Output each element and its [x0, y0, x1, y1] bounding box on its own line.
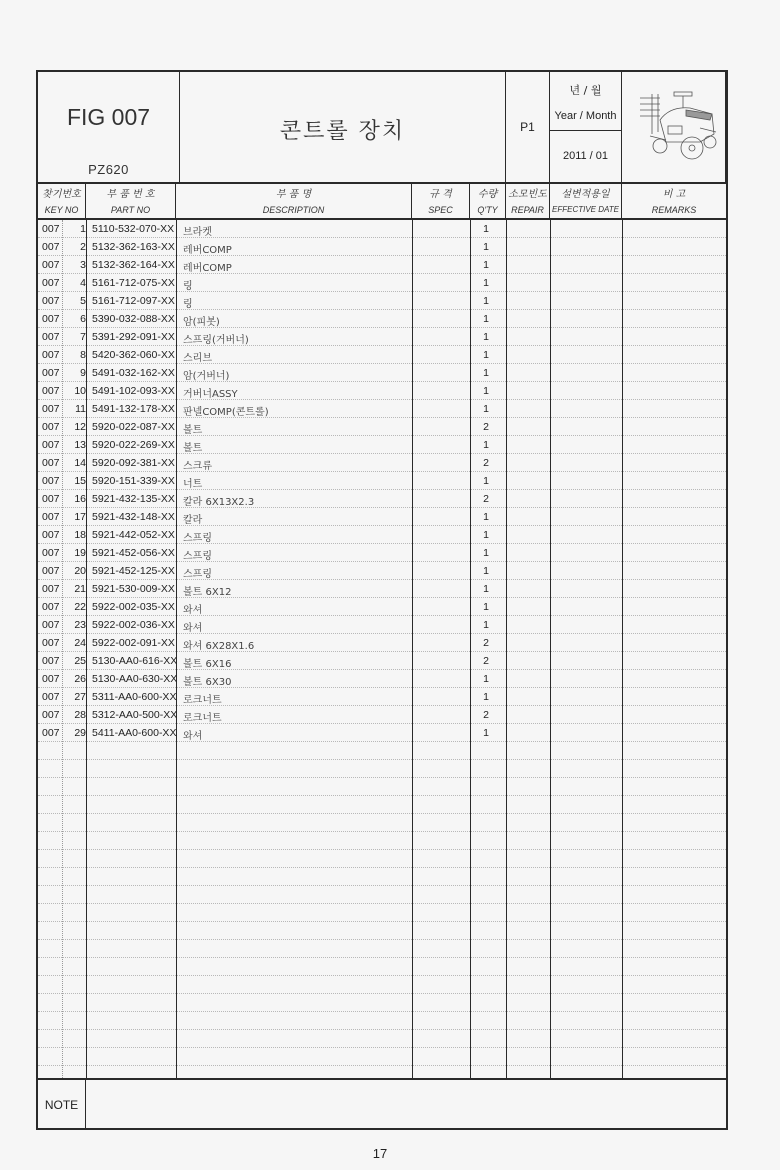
quantity: 2 [470, 655, 502, 667]
page-id: P1 [506, 120, 549, 134]
key-number: 8 [66, 349, 86, 361]
part-number: 5921-442-052-XX [92, 529, 175, 541]
part-number: 5921-432-148-XX [92, 511, 175, 523]
part-description: 볼트 6X30 [183, 673, 231, 688]
column-header-spec: 규 격SPEC [412, 182, 470, 218]
part-description: 브라켓 [183, 223, 212, 238]
column-header-remarks: 비 고REMARKS [622, 182, 726, 218]
fig-code: 007 [42, 655, 66, 667]
fig-code: 007 [42, 727, 66, 739]
fig-code: 007 [42, 331, 66, 343]
part-description: 볼트 [183, 439, 202, 454]
quantity: 1 [470, 259, 502, 271]
quantity: 1 [470, 403, 502, 415]
table-row: 007165921-432-135-XX칼라 6X13X2.32 [38, 490, 726, 508]
fig-code: 007 [42, 241, 66, 253]
key-number: 11 [66, 403, 86, 415]
quantity: 1 [470, 727, 502, 739]
fig-code: 007 [42, 475, 66, 487]
fig-code: 007 [42, 367, 66, 379]
empty-table-row [38, 994, 726, 1012]
part-number: 5922-002-035-XX [92, 601, 175, 613]
table-row: 007285312-AA0-500-XX로크너트2 [38, 706, 726, 724]
quantity: 1 [470, 295, 502, 307]
part-number: 5130-AA0-616-XX [92, 655, 177, 667]
part-number: 5491-102-093-XX [92, 385, 175, 397]
part-description: 와셔 [183, 619, 202, 634]
fig-code: 007 [42, 277, 66, 289]
empty-table-row [38, 778, 726, 796]
quantity: 1 [470, 313, 502, 325]
table-row: 007125920-022-087-XX볼트2 [38, 418, 726, 436]
quantity: 2 [470, 457, 502, 469]
key-number: 12 [66, 421, 86, 433]
note-section: NOTE [38, 1078, 726, 1130]
column-header-description: 부 품 명DESCRIPTION [176, 182, 412, 218]
machine-illustration-icon [630, 84, 720, 170]
empty-table-row [38, 1030, 726, 1048]
fig-code: 007 [42, 403, 66, 415]
empty-table-row [38, 976, 726, 994]
table-row: 007155920-151-339-XX너트1 [38, 472, 726, 490]
key-number: 24 [66, 637, 86, 649]
sheet-header: FIG 007 PZ620 콘트롤 장치 P1 년 / 월 Year / Mon… [38, 72, 726, 184]
quantity: 1 [470, 547, 502, 559]
fig-code: 007 [42, 259, 66, 271]
table-row: 00725132-362-163-XX레버COMP1 [38, 238, 726, 256]
table-row: 007135920-022-269-XX볼트1 [38, 436, 726, 454]
key-number: 7 [66, 331, 86, 343]
part-number: 5391-292-091-XX [92, 331, 175, 343]
key-number: 2 [66, 241, 86, 253]
table-row: 00735132-362-164-XX레버COMP1 [38, 256, 726, 274]
figure-number: FIG 007 [38, 104, 179, 131]
column-header-part-no: 부 품 번 호PART NO [86, 182, 176, 218]
quantity: 1 [470, 241, 502, 253]
key-number: 25 [66, 655, 86, 667]
quantity: 2 [470, 421, 502, 433]
table-row: 007175921-432-148-XX칼라1 [38, 508, 726, 526]
figure-cell: FIG 007 PZ620 [38, 72, 180, 182]
empty-table-row [38, 940, 726, 958]
table-row: 007265130-AA0-630-XX볼트 6X301 [38, 670, 726, 688]
part-description: 로크너트 [183, 709, 222, 724]
empty-table-row [38, 832, 726, 850]
part-description: 로크너트 [183, 691, 222, 706]
table-row: 00755161-712-097-XX링1 [38, 292, 726, 310]
part-number: 5411-AA0-600-XX [92, 727, 176, 739]
date-label-kr: 년 / 월 [550, 82, 621, 98]
part-number: 5491-032-162-XX [92, 367, 175, 379]
date-label-en: Year / Month [550, 110, 621, 122]
empty-table-row [38, 742, 726, 760]
quantity: 2 [470, 493, 502, 505]
parts-table-body: 00715110-532-070-XX브라켓100725132-362-163-… [38, 220, 726, 1078]
empty-table-row [38, 868, 726, 886]
fig-code: 007 [42, 349, 66, 361]
quantity: 1 [470, 331, 502, 343]
part-description: 판넬COMP(콘트롤) [183, 403, 269, 418]
part-description: 스프링 [183, 529, 212, 544]
table-row: 007255130-AA0-616-XX볼트 6X162 [38, 652, 726, 670]
part-description: 와셔 6X28X1.6 [183, 637, 254, 652]
fig-code: 007 [42, 223, 66, 235]
part-description: 암(피봇) [183, 313, 220, 328]
key-number: 18 [66, 529, 86, 541]
key-number: 5 [66, 295, 86, 307]
empty-table-row [38, 886, 726, 904]
table-row: 007215921-530-009-XX볼트 6X121 [38, 580, 726, 598]
part-description: 레버COMP [183, 241, 232, 256]
fig-code: 007 [42, 637, 66, 649]
quantity: 1 [470, 619, 502, 631]
part-description: 링 [183, 277, 193, 292]
key-number: 10 [66, 385, 86, 397]
table-row: 007235922-002-036-XX와셔1 [38, 616, 726, 634]
part-description: 볼트 6X12 [183, 583, 231, 598]
fig-code: 007 [42, 313, 66, 325]
key-number: 20 [66, 565, 86, 577]
quantity: 1 [470, 583, 502, 595]
part-description: 볼트 [183, 421, 202, 436]
key-number: 3 [66, 259, 86, 271]
table-row: 00795491-032-162-XX암(거버너)1 [38, 364, 726, 382]
fig-code: 007 [42, 493, 66, 505]
page-title: 콘트롤 장치 [180, 114, 505, 145]
part-number: 5920-092-381-XX [92, 457, 175, 469]
key-number: 22 [66, 601, 86, 613]
part-description: 스리브 [183, 349, 212, 364]
part-description: 스크류 [183, 457, 212, 472]
fig-code: 007 [42, 709, 66, 721]
key-number: 9 [66, 367, 86, 379]
parts-list-sheet: FIG 007 PZ620 콘트롤 장치 P1 년 / 월 Year / Mon… [36, 70, 728, 1130]
part-description: 스프링(거버너) [183, 331, 249, 346]
quantity: 1 [470, 529, 502, 541]
table-row: 007105491-102-093-XX거버너ASSY1 [38, 382, 726, 400]
note-label: NOTE [38, 1080, 86, 1130]
empty-table-row [38, 796, 726, 814]
table-row: 007225922-002-035-XX와셔1 [38, 598, 726, 616]
fig-code: 007 [42, 385, 66, 397]
key-number: 23 [66, 619, 86, 631]
part-number: 5161-712-097-XX [92, 295, 175, 307]
quantity: 1 [470, 349, 502, 361]
key-number: 13 [66, 439, 86, 451]
column-header-effective-date: 설변적용일EFFECTIVE DATE [550, 182, 622, 218]
key-number: 6 [66, 313, 86, 325]
quantity: 2 [470, 637, 502, 649]
quantity: 1 [470, 601, 502, 613]
column-header-repair: 소모빈도REPAIR [506, 182, 550, 218]
part-number: 5311-AA0-600-XX [92, 691, 176, 703]
page-number: 17 [0, 1146, 760, 1161]
table-row: 00775391-292-091-XX스프링(거버너)1 [38, 328, 726, 346]
part-number: 5920-022-087-XX [92, 421, 175, 433]
quantity: 1 [470, 385, 502, 397]
part-description: 암(거버너) [183, 367, 229, 382]
table-row: 007275311-AA0-600-XX로크너트1 [38, 688, 726, 706]
part-description: 와셔 [183, 727, 202, 742]
model-name: PZ620 [38, 162, 179, 177]
key-number: 29 [66, 727, 86, 739]
empty-table-row [38, 814, 726, 832]
fig-code: 007 [42, 691, 66, 703]
fig-code: 007 [42, 601, 66, 613]
part-description: 링 [183, 295, 193, 310]
quantity: 1 [470, 439, 502, 451]
fig-code: 007 [42, 457, 66, 469]
empty-table-row [38, 1048, 726, 1066]
part-description: 칼라 6X13X2.3 [183, 493, 254, 508]
empty-table-row [38, 1012, 726, 1030]
title-cell: 콘트롤 장치 [180, 72, 506, 182]
quantity: 1 [470, 475, 502, 487]
quantity: 2 [470, 709, 502, 721]
divider [550, 130, 621, 131]
table-row: 007205921-452-125-XX스프링1 [38, 562, 726, 580]
part-number: 5922-002-091-XX [92, 637, 175, 649]
part-number: 5132-362-164-XX [92, 259, 175, 271]
empty-table-row [38, 904, 726, 922]
table-row: 007115491-132-178-XX판넬COMP(콘트롤)1 [38, 400, 726, 418]
quantity: 1 [470, 511, 502, 523]
key-number: 19 [66, 547, 86, 559]
empty-table-row [38, 850, 726, 868]
key-number: 26 [66, 673, 86, 685]
fig-code: 007 [42, 673, 66, 685]
part-number: 5312-AA0-500-XX [92, 709, 177, 721]
quantity: 1 [470, 277, 502, 289]
table-row: 00785420-362-060-XX스리브1 [38, 346, 726, 364]
part-number: 5110-532-070-XX [92, 223, 174, 235]
part-description: 와셔 [183, 601, 202, 616]
part-number: 5921-432-135-XX [92, 493, 175, 505]
column-header-qty: 수량Q'TY [470, 182, 506, 218]
quantity: 1 [470, 691, 502, 703]
fig-code: 007 [42, 439, 66, 451]
table-row: 007295411-AA0-600-XX와셔1 [38, 724, 726, 742]
part-number: 5130-AA0-630-XX [92, 673, 177, 685]
date-cell: 년 / 월 Year / Month 2011 / 01 [550, 72, 622, 182]
fig-code: 007 [42, 529, 66, 541]
quantity: 1 [470, 673, 502, 685]
empty-table-row [38, 922, 726, 940]
part-description: 거버너ASSY [183, 385, 238, 400]
part-number: 5491-132-178-XX [92, 403, 175, 415]
key-number: 15 [66, 475, 86, 487]
fig-code: 007 [42, 295, 66, 307]
part-number: 5920-022-269-XX [92, 439, 175, 451]
fig-code: 007 [42, 511, 66, 523]
key-number: 27 [66, 691, 86, 703]
table-row: 007145920-092-381-XX스크류2 [38, 454, 726, 472]
part-number: 5920-151-339-XX [92, 475, 175, 487]
table-row: 00765390-032-088-XX암(피봇)1 [38, 310, 726, 328]
key-number: 14 [66, 457, 86, 469]
empty-table-row [38, 958, 726, 976]
part-description: 레버COMP [183, 259, 232, 274]
illustration-cell [622, 72, 726, 182]
key-number: 28 [66, 709, 86, 721]
date-value: 2011 / 01 [550, 150, 621, 162]
table-row: 00745161-712-075-XX링1 [38, 274, 726, 292]
key-number: 17 [66, 511, 86, 523]
fig-code: 007 [42, 583, 66, 595]
key-number: 21 [66, 583, 86, 595]
part-number: 5921-530-009-XX [92, 583, 175, 595]
part-description: 볼트 6X16 [183, 655, 231, 670]
quantity: 1 [470, 223, 502, 235]
part-number: 5921-452-125-XX [92, 565, 175, 577]
part-number: 5921-452-056-XX [92, 547, 175, 559]
table-row: 007195921-452-056-XX스프링1 [38, 544, 726, 562]
fig-code: 007 [42, 421, 66, 433]
table-row: 00715110-532-070-XX브라켓1 [38, 220, 726, 238]
part-number: 5132-362-163-XX [92, 241, 175, 253]
part-description: 너트 [183, 475, 202, 490]
part-description: 칼라 [183, 511, 202, 526]
table-row: 007245922-002-091-XX와셔 6X28X1.62 [38, 634, 726, 652]
empty-table-row [38, 760, 726, 778]
part-number: 5420-362-060-XX [92, 349, 175, 361]
part-description: 스프링 [183, 565, 212, 580]
fig-code: 007 [42, 619, 66, 631]
part-number: 5922-002-036-XX [92, 619, 175, 631]
column-header-row: 찾기번호KEY NO 부 품 번 호PART NO 부 품 명DESCRIPTI… [38, 182, 726, 220]
fig-code: 007 [42, 547, 66, 559]
key-number: 4 [66, 277, 86, 289]
part-description: 스프링 [183, 547, 212, 562]
part-number: 5390-032-088-XX [92, 313, 175, 325]
key-number: 1 [66, 223, 86, 235]
quantity: 1 [470, 565, 502, 577]
page-id-cell: P1 [506, 72, 550, 182]
fig-code: 007 [42, 565, 66, 577]
column-header-key-no: 찾기번호KEY NO [38, 182, 86, 218]
key-number: 16 [66, 493, 86, 505]
table-row: 007185921-442-052-XX스프링1 [38, 526, 726, 544]
part-number: 5161-712-075-XX [92, 277, 175, 289]
quantity: 1 [470, 367, 502, 379]
